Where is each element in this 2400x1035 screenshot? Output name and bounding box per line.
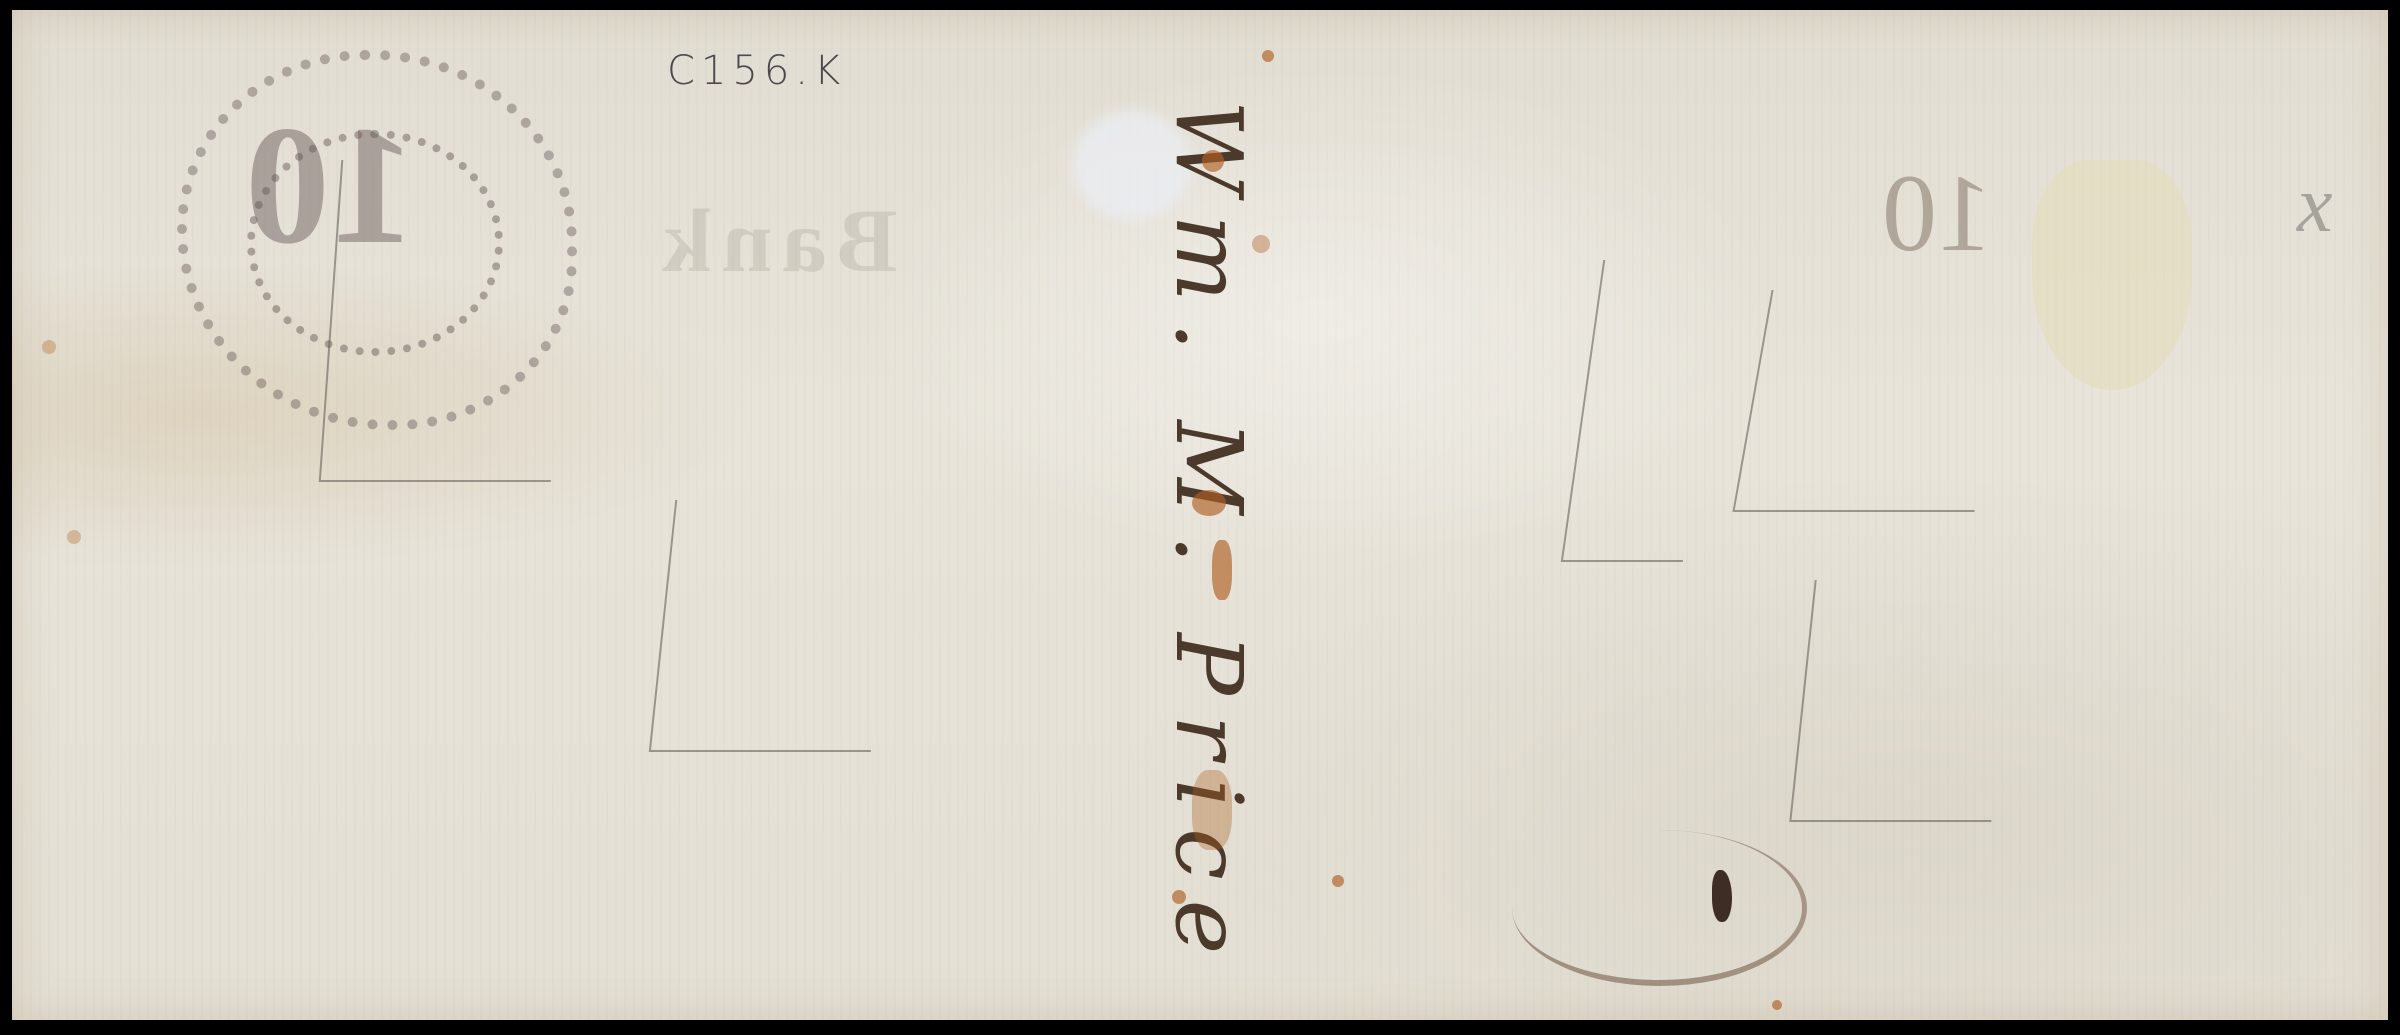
rust-spot	[1192, 490, 1226, 516]
rust-spot	[1772, 1000, 1782, 1010]
pale-shield-shadow	[2032, 160, 2192, 390]
rust-spot	[67, 530, 81, 544]
rust-spot	[1202, 150, 1224, 172]
rust-spot	[1192, 770, 1232, 850]
cut-cancel-mark-1	[319, 160, 574, 482]
handwritten-signature: Wm. M. Price	[1142, 100, 1342, 920]
rust-spot	[1252, 235, 1270, 253]
rust-spot	[1262, 50, 1274, 62]
ink-arc-flourish	[1512, 830, 1807, 986]
rust-spot	[42, 340, 56, 354]
pencil-catalog-number: C156.K	[667, 48, 846, 94]
corner-pencil-mark: x	[2297, 160, 2333, 251]
show-through-header-text: Bank	[652, 190, 897, 293]
rust-spot	[1332, 875, 1344, 887]
banknote-reverse: 10 C156.K Bank Wm. M. Price 10 x	[12, 10, 2388, 1020]
cut-cancel-mark-5	[1789, 580, 2016, 822]
show-through-right-denomination: 10	[1882, 150, 1992, 277]
rust-spot	[1172, 890, 1186, 904]
cut-cancel-mark-4	[1732, 290, 2013, 512]
rust-spot	[1212, 540, 1232, 600]
cut-cancel-mark-3	[1561, 260, 1725, 562]
cut-cancel-mark-2	[649, 500, 897, 752]
